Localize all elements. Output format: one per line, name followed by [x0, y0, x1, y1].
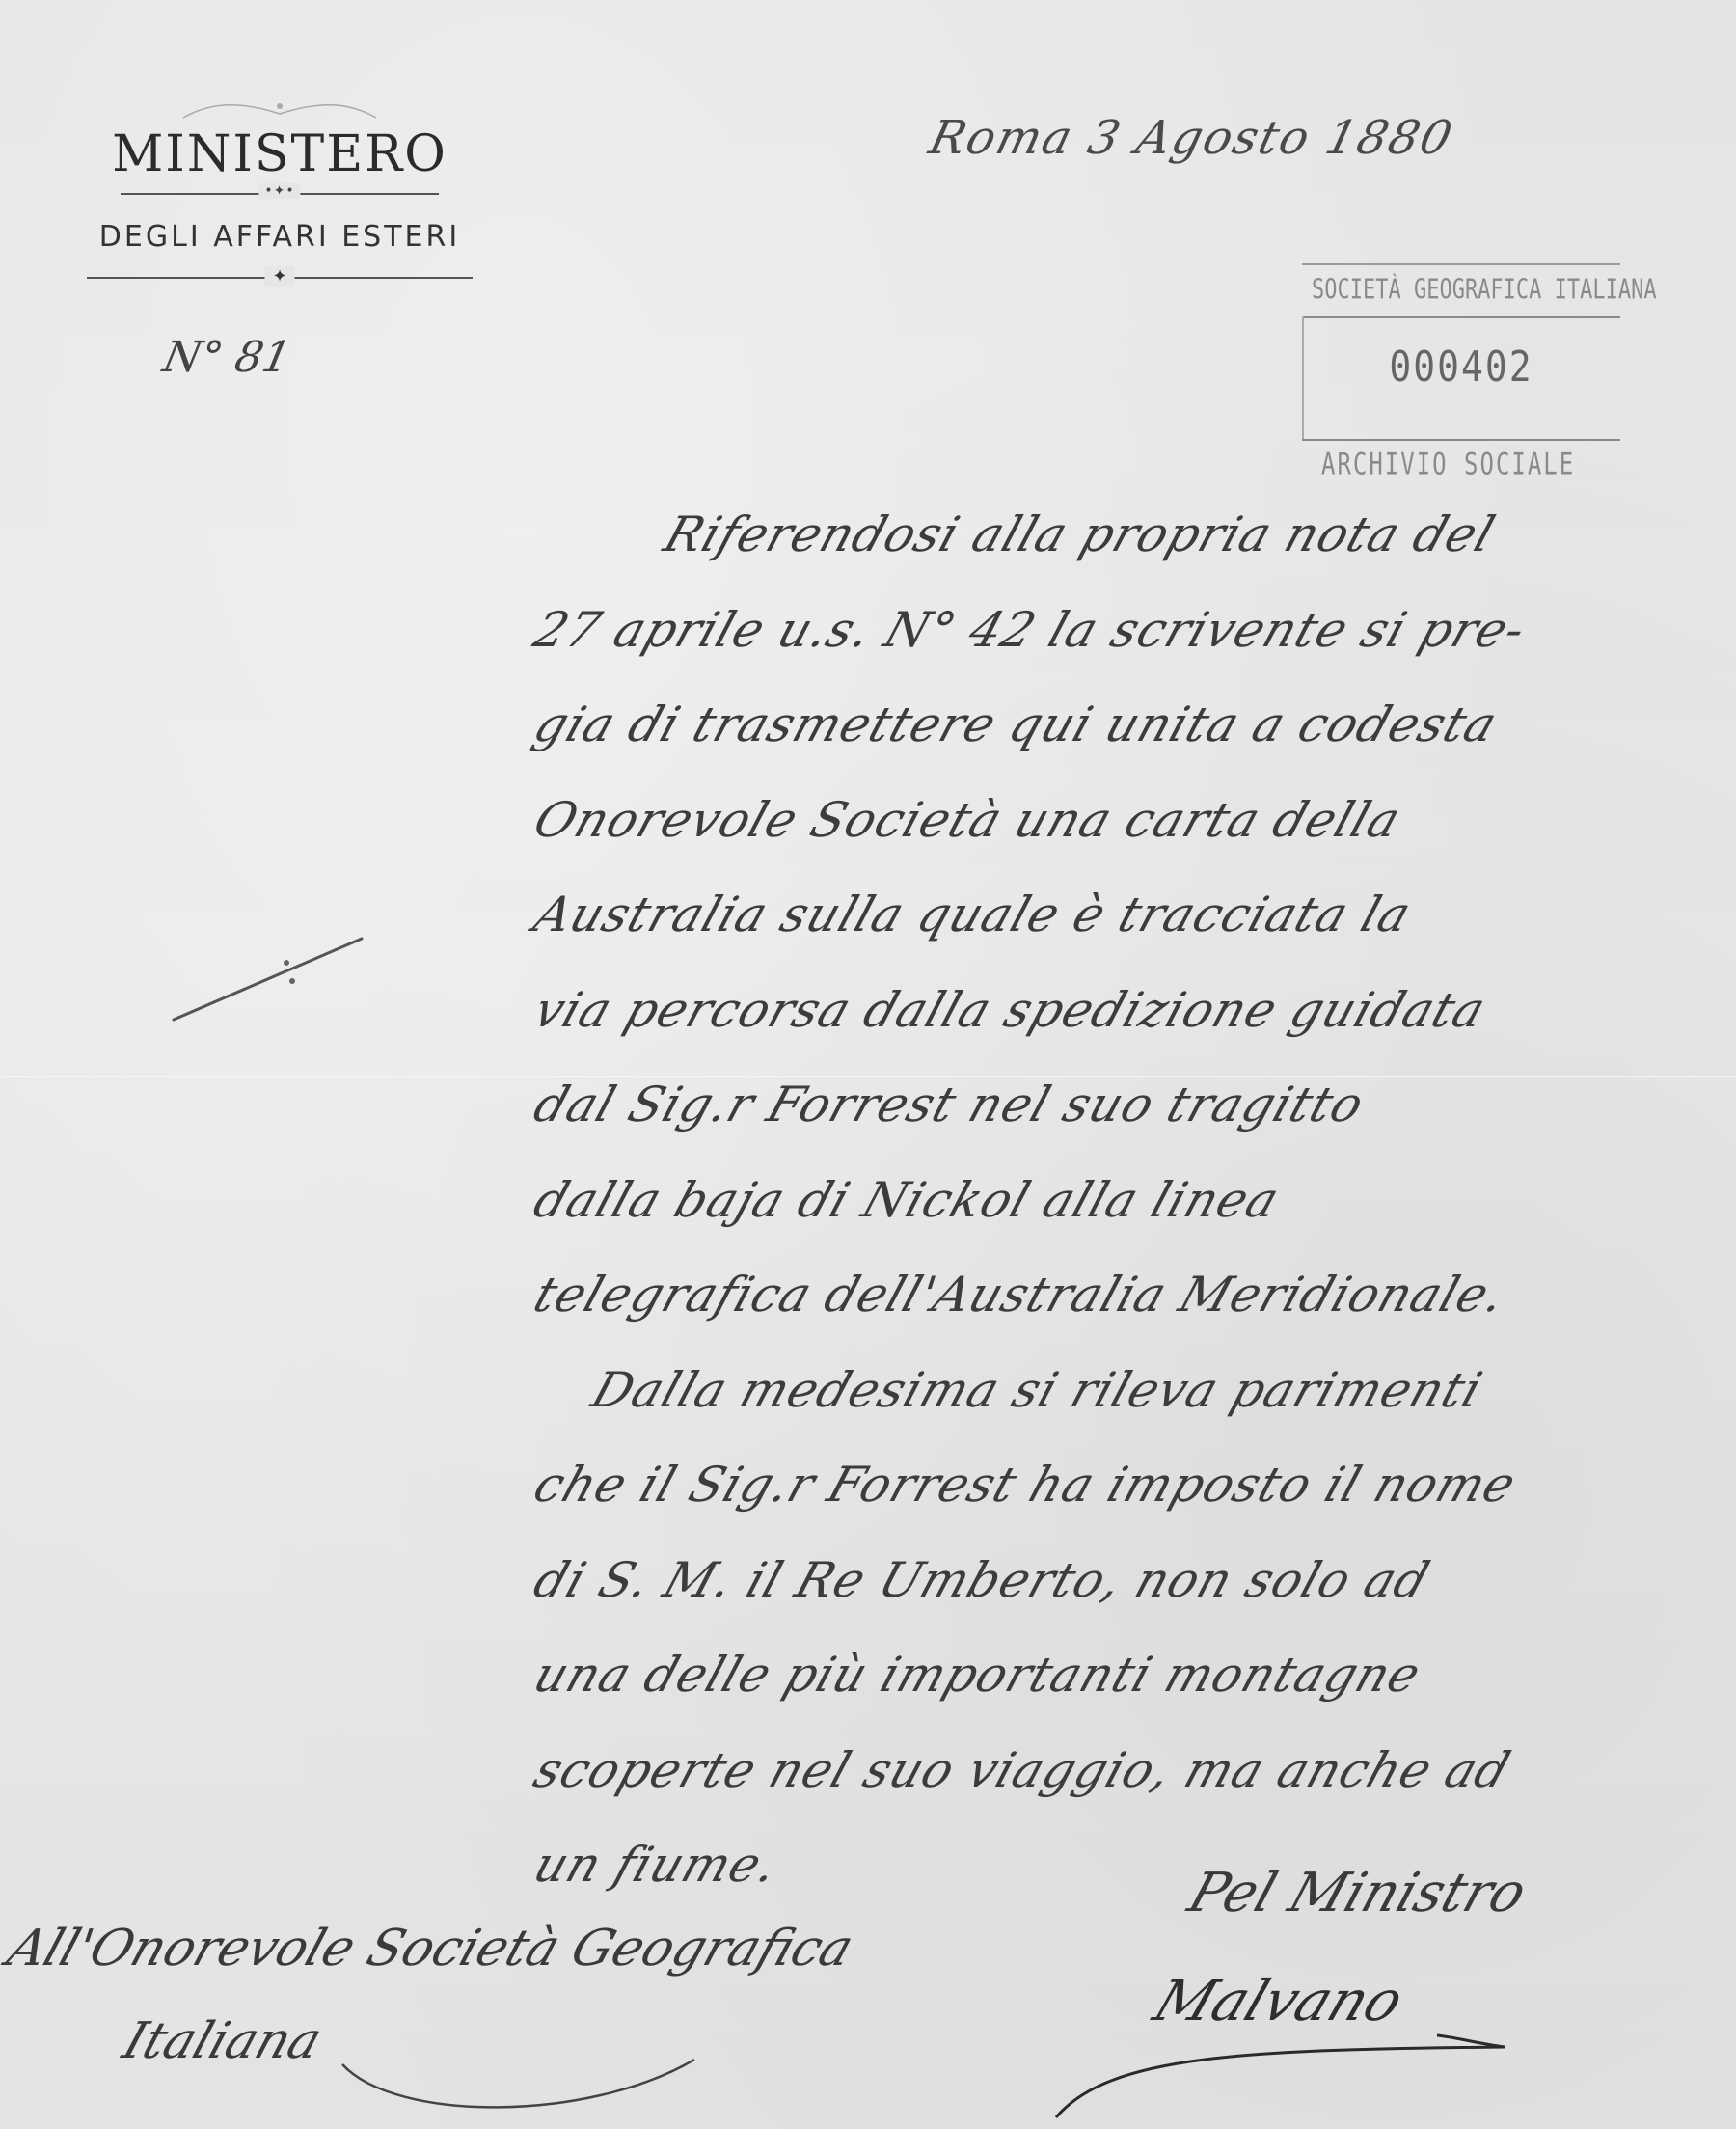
letterhead: MINISTERO DEGLI AFFARI ESTERI	[39, 96, 521, 279]
stamp-divider	[1302, 439, 1620, 441]
letterhead-divider	[121, 193, 439, 195]
addressee-flourish-icon	[338, 2055, 704, 2122]
letterhead-subtitle: DEGLI AFFARI ESTERI	[39, 220, 521, 254]
body-line: che il Sig.r Forrest ha imposto il nome	[521, 1437, 1736, 1533]
signature: Malvano	[1146, 1968, 1413, 2033]
letterhead-title: MINISTERO	[39, 129, 521, 179]
signature-flourish-icon	[1051, 2026, 1514, 2122]
body-line: gia di trasmettere qui unita a codesta	[521, 677, 1736, 773]
stamp-border-top	[1302, 263, 1620, 265]
closing-formula: Pel Ministro	[1180, 1862, 1533, 1924]
body-line: scoperte nel suo viaggio, ma anche ad	[521, 1723, 1736, 1818]
body-line: un fiume.	[521, 1817, 1736, 1913]
body-line: via percorsa dalla spedizione guidata	[521, 963, 1736, 1058]
ornament-flourish-icon	[39, 96, 521, 125]
body-line: una delle più importanti montagne	[521, 1627, 1736, 1723]
stamp-header: SOCIETÀ GEOGRAFICA ITALIANA	[1312, 275, 1657, 307]
stamp-divider	[1302, 316, 1620, 318]
letter-body: Riferendosi alla propria nota del 27 apr…	[521, 487, 1707, 1913]
letterhead-divider-ornament	[87, 277, 473, 279]
protocol-number: N° 81	[159, 333, 295, 382]
body-line: dalla baja di Nickol alla linea	[521, 1153, 1736, 1248]
dateline: Roma 3 Agosto 1880	[924, 111, 1459, 165]
addressee-line: All'Onorevole Società Geografica	[0, 1920, 860, 1978]
addressee-block: All'Onorevole Società Geografica Italian…	[10, 1920, 851, 2070]
body-line: dal Sig.r Forrest nel suo tragitto	[521, 1057, 1736, 1153]
body-line: di S. M. il Re Umberto, non solo ad	[521, 1533, 1736, 1628]
body-line: Dalla medesima si rileva parimenti	[521, 1343, 1736, 1438]
enclosure-mark-icon	[169, 931, 371, 1027]
body-line: telegrafica dell'Australia Meridionale.	[521, 1247, 1736, 1343]
body-line: Riferendosi alla propria nota del	[521, 487, 1736, 583]
archive-stamp: SOCIETÀ GEOGRAFICA ITALIANA 000402 ARCHI…	[1302, 263, 1620, 471]
body-line: Australia sulla quale è tracciata la	[521, 867, 1736, 963]
body-line: Onorevole Società una carta della	[521, 773, 1736, 868]
stamp-number: 000402	[1302, 342, 1620, 392]
stamp-footer: ARCHIVIO SOCIALE	[1321, 447, 1575, 481]
body-line: 27 aprile u.s. N° 42 la scrivente si pre…	[521, 583, 1736, 678]
